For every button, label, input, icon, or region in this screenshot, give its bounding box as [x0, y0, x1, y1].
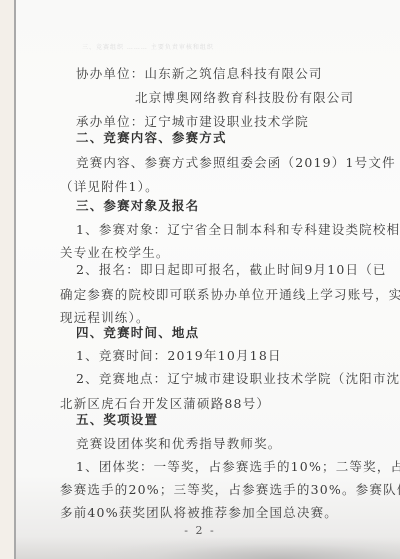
- scanned-document-page: 三、竞赛组织 ……… 主要负责审核和组织 协办单位：山东新之筑信息科技有限公司 …: [0, 0, 400, 559]
- section-5-item-1-line-3: 多前40%获奖团队将被推荐参加全国总决赛。: [60, 505, 338, 521]
- section-5-intro: 竞赛设团体奖和优秀指导教师奖。: [76, 436, 282, 452]
- page-number: - 2 -: [0, 524, 400, 537]
- section-5-item-1-line-1: 1、团体奖：一等奖，占参赛选手的10%；二等奖，占: [76, 459, 400, 475]
- section-3-item-2-line-1: 2、报名：即日起即可报名，截止时间9月10日（已: [76, 262, 387, 278]
- host-organizer-line: 承办单位：辽宁城市建设职业技术学院: [76, 114, 309, 130]
- section-4-heading: 四、竞赛时间、地点: [76, 325, 199, 341]
- bleed-through-text: 三、竞赛组织 ……… 主要负责审核和组织: [82, 42, 342, 50]
- section-2-heading: 二、竞赛内容、参赛方式: [76, 130, 227, 146]
- section-4-item-1: 1、竞赛时间：2019年10月18日: [76, 348, 282, 364]
- section-4-item-2-line-2: 北新区虎石台开发区蒲硕路88号）: [60, 396, 270, 412]
- section-3-item-1-line-2: 关专业在校学生。: [60, 245, 170, 261]
- section-2-body-line-2: （详见附件1）。: [60, 179, 159, 195]
- section-3-item-1-line-1: 1、参赛对象：辽宁省全日制本科和专科建设类院校相: [76, 222, 400, 238]
- left-margin-strip: [0, 0, 14, 559]
- section-5-heading: 五、奖项设置: [76, 412, 158, 428]
- section-4-item-2-line-1: 2、竞赛地点：辽宁城市建设职业技术学院（沈阳市沈: [76, 371, 400, 387]
- co-organizer-line-2: 北京博奥网络教育科技股份有限公司: [135, 90, 354, 106]
- section-3-item-2-line-2: 确定参赛的院校即可联系协办单位开通线上学习账号，实: [60, 287, 400, 303]
- section-3-item-2-line-3: 现远程训练）。: [60, 310, 150, 326]
- section-2-body-line-1: 竞赛内容、参赛方式参照组委会函（2019）1号文件: [76, 155, 396, 171]
- scan-shadow: [100, 537, 400, 559]
- co-organizer-line-1: 协办单位：山东新之筑信息科技有限公司: [76, 66, 323, 82]
- left-border-line: [14, 0, 16, 559]
- section-5-item-1-line-2: 参赛选手的20%；三等奖，占参赛选手的30%。参赛队伍最: [60, 482, 400, 498]
- section-3-heading: 三、参赛对象及报名: [76, 198, 199, 214]
